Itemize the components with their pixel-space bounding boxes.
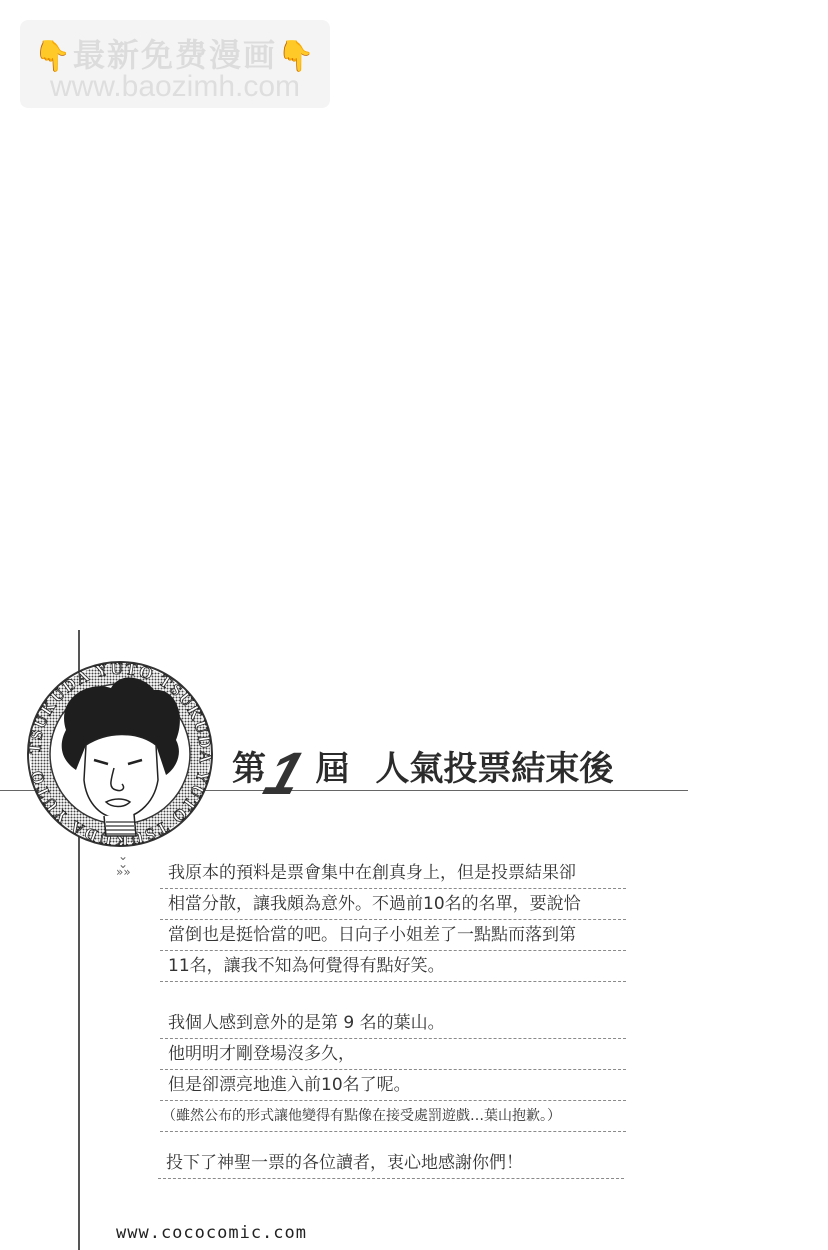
title-number: 1 — [261, 754, 307, 794]
title-suffix: 屆 — [315, 749, 349, 789]
pointing-down-hand-icon: 👇 — [277, 39, 316, 74]
paragraph-3: 投下了神聖一票的各位讀者，衷心地感謝你們！ — [158, 1148, 624, 1179]
text-line: 11名，讓我不知為何覺得有點好笑。 — [160, 951, 626, 982]
paragraph-1: 我原本的預料是票會集中在創真身上，但是投票結果卻 相當分散，讓我頗為意外。不過前… — [160, 858, 626, 982]
pointing-down-hand-icon: 👇 — [34, 39, 73, 74]
watermark-url: www.baozimh.com — [20, 70, 330, 104]
bullet-arrows-icon: ⌄⌄»» — [116, 852, 131, 876]
chapter-title: 第1屆人氣投票結束後 — [232, 740, 613, 796]
text-line: 但是卻漂亮地進入前10名了呢。 — [160, 1070, 626, 1101]
text-line: 當倒也是挺恰當的吧。日向子小姐差了一點點而落到第 — [160, 920, 626, 951]
paragraph-2: 我個人感到意外的是第 9 名的葉山。 他明明才剛登場沒多久， 但是卻漂亮地進入前… — [160, 1008, 626, 1132]
text-line: 我原本的預料是票會集中在創真身上，但是投票結果卻 — [160, 858, 626, 889]
watermark-banner: 👇最新免费漫画👇 www.baozimh.com — [20, 20, 330, 108]
text-line: 我個人感到意外的是第 9 名的葉山。 — [160, 1008, 626, 1039]
text-note: （雖然公布的形式讓他變得有點像在接受處罰遊戲…葉山抱歉。） — [160, 1101, 626, 1132]
watermark-title-text: 最新免费漫画 — [73, 36, 277, 74]
text-line: 投下了神聖一票的各位讀者，衷心地感謝你們！ — [158, 1148, 624, 1179]
title-prefix: 第 — [232, 749, 266, 789]
title-heading: 人氣投票結束後 — [375, 749, 613, 789]
author-badge-portrait: TSUKUDA YUTO TSUKUDA YUTO TSUKUDA YUTO — [16, 660, 224, 848]
text-line: 相當分散，讓我頗為意外。不過前10名的名單，要說恰 — [160, 889, 626, 920]
text-line: 他明明才剛登場沒多久， — [160, 1039, 626, 1070]
footer-url: www.cococomic.com — [116, 1223, 307, 1243]
